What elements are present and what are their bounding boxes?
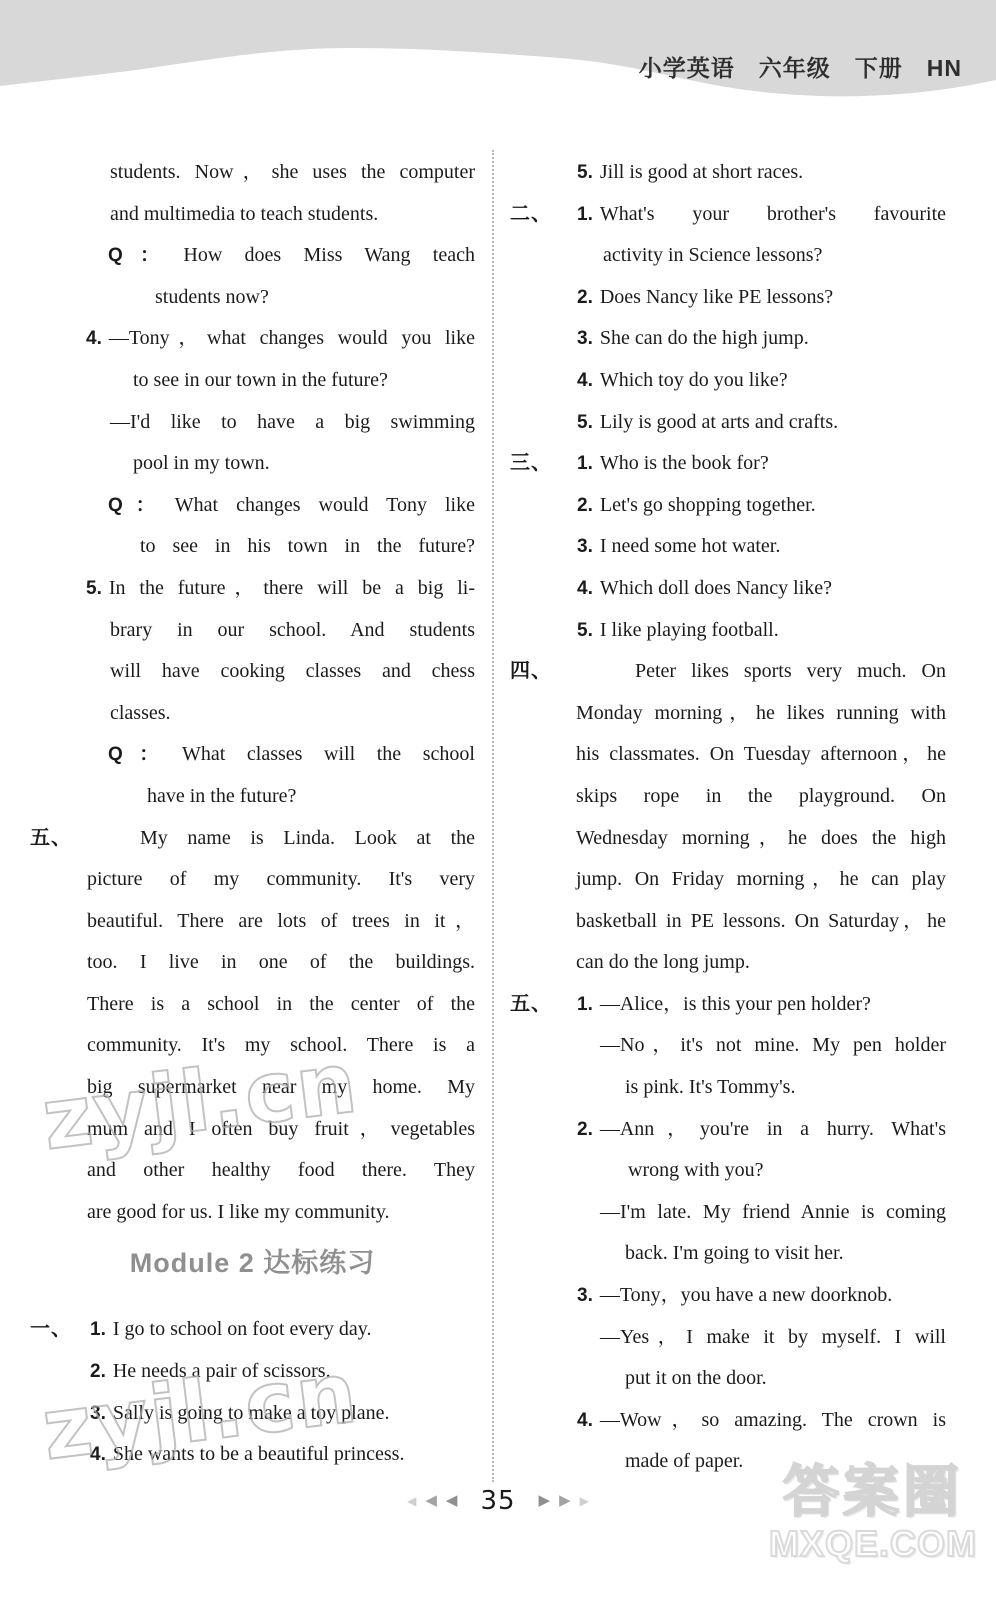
line-text: too. I live in one of the buildings.: [87, 951, 475, 973]
line-text: students now?: [155, 286, 269, 308]
line-text: Sally is going to make a toy plane.: [113, 1402, 390, 1424]
item-number: 3.: [577, 1285, 593, 1306]
text-line: skips rope in the playground. On: [510, 776, 946, 818]
item-number: 4.: [577, 1410, 593, 1431]
text-line: 五、1.—Alice，is this your pen holder?: [510, 984, 946, 1026]
text-line: students now?: [30, 277, 475, 319]
text-line: mum and I often buy fruit，vegetables: [30, 1109, 475, 1151]
item-number: 4.: [577, 370, 593, 391]
section-marker: 三、: [510, 443, 552, 485]
item-number: Q：: [108, 744, 175, 765]
item-number: 3.: [577, 328, 593, 349]
item-number: 2.: [577, 1119, 593, 1140]
line-text: Jill is good at short races.: [600, 161, 803, 183]
line-text: How does Miss Wang teach: [183, 244, 475, 266]
line-text: What classes will the school: [182, 743, 475, 765]
line-text: Monday morning，he likes running with: [576, 702, 946, 724]
item-number: 3.: [577, 536, 593, 557]
text-line: community. It's my school. There is a: [30, 1025, 475, 1067]
line-text: Which doll does Nancy like?: [600, 577, 832, 599]
line-text: activity in Science lessons?: [603, 244, 822, 266]
item-number: 2.: [90, 1361, 106, 1382]
line-text: —I'm late. My friend Annie is coming: [600, 1201, 946, 1223]
prev-page-icon: ◀: [446, 1494, 458, 1509]
text-line: 5.I like playing football.: [510, 610, 946, 652]
text-line: too. I live in one of the buildings.: [30, 942, 475, 984]
line-text: skips rope in the playground. On: [576, 785, 946, 807]
item-number: 1.: [577, 204, 593, 225]
text-line: Q：What classes will the school: [30, 734, 475, 776]
text-line: —I'm late. My friend Annie is coming: [510, 1192, 946, 1234]
next-page-icon: ▶: [580, 1495, 589, 1507]
line-text: —No，it's not mine. My pen holder: [600, 1034, 946, 1056]
text-line: 4.—Tony，what changes would you like: [30, 318, 475, 360]
item-number: 2.: [577, 495, 593, 516]
section-marker: 五、: [510, 984, 552, 1026]
line-text: to see in his town in the future?: [140, 535, 475, 557]
text-line: Wednesday morning，he does the high: [510, 818, 946, 860]
text-line: 3.I need some hot water.: [510, 526, 946, 568]
text-line: will have cooking classes and chess: [30, 651, 475, 693]
line-text: jump. On Friday morning，he can play: [576, 868, 946, 890]
text-line: 4.Which toy do you like?: [510, 360, 946, 402]
item-number: Q：: [108, 245, 176, 266]
right-column: 5.Jill is good at short races.二、1.What's…: [510, 152, 946, 1483]
prev-page-icon: ◀: [425, 1494, 437, 1509]
line-text: I need some hot water.: [600, 535, 781, 557]
text-line: 二、1.What's your brother's favourite: [510, 194, 946, 236]
header-band: 小学英语 六年级 下册 HN: [0, 0, 996, 120]
next-page-icon: ▶: [539, 1494, 551, 1509]
text-line: 4.Which doll does Nancy like?: [510, 568, 946, 610]
line-text: and other healthy food there. They: [87, 1159, 475, 1181]
text-line: big supermarket near my home. My: [30, 1067, 475, 1109]
line-text: back. I'm going to visit her.: [625, 1242, 844, 1264]
text-line: 四、Peter likes sports very much. On: [510, 651, 946, 693]
line-text: Wednesday morning，he does the high: [576, 827, 946, 849]
line-text: Which toy do you like?: [600, 369, 788, 391]
line-text: his classmates. On Tuesday afternoon，he: [576, 743, 946, 765]
line-text: picture of my community. It's very: [87, 868, 475, 890]
line-text: is pink. It's Tommy's.: [625, 1076, 795, 1098]
line-text: —Yes，I make it by myself. I will: [600, 1326, 946, 1348]
section-marker: 一、: [30, 1309, 72, 1351]
text-line: Q：How does Miss Wang teach: [30, 235, 475, 277]
text-line: and multimedia to teach students.: [30, 194, 475, 236]
text-line: 5.Jill is good at short races.: [510, 152, 946, 194]
line-text: to see in our town in the future?: [133, 369, 388, 391]
section-marker: 四、: [510, 651, 552, 693]
line-text: pool in my town.: [133, 452, 270, 474]
text-line: jump. On Friday morning，he can play: [510, 859, 946, 901]
section-marker: 二、: [510, 194, 552, 236]
line-text: —Alice，is this your pen holder?: [600, 993, 871, 1015]
line-text: —Tony，what changes would you like: [109, 327, 475, 349]
text-line: Monday morning，he likes running with: [510, 693, 946, 735]
line-text: I like playing football.: [600, 619, 779, 641]
item-number: 1.: [90, 1319, 106, 1340]
line-text: —Tony，you have a new doorknob.: [600, 1284, 892, 1306]
text-line: 2.He needs a pair of scissors.: [30, 1351, 475, 1393]
item-number: 2.: [577, 287, 593, 308]
text-line: 一、1.I go to school on foot every day.: [30, 1309, 475, 1351]
text-line: and other healthy food there. They: [30, 1150, 475, 1192]
line-text: —Wow，so amazing. The crown is: [600, 1409, 946, 1431]
line-text: —I'd like to have a big swimming: [110, 411, 475, 433]
text-line: his classmates. On Tuesday afternoon，he: [510, 734, 946, 776]
text-line: —No，it's not mine. My pen holder: [510, 1025, 946, 1067]
line-text: In the future，there will be a big li-: [109, 577, 475, 599]
item-number: 3.: [90, 1403, 106, 1424]
module-heading: Module 2 达标练习: [30, 1241, 475, 1285]
text-line: 3.Sally is going to make a toy plane.: [30, 1393, 475, 1435]
text-line: pool in my town.: [30, 443, 475, 485]
text-line: can do the long jump.: [510, 942, 946, 984]
item-number: 4.: [577, 578, 593, 599]
line-text: made of paper.: [625, 1450, 743, 1472]
workbook-page: 小学英语 六年级 下册 HN students. Now，she uses th…: [0, 0, 996, 1600]
text-line: picture of my community. It's very: [30, 859, 475, 901]
line-text: classes.: [110, 702, 171, 724]
item-number: 1.: [577, 453, 593, 474]
line-text: students. Now，she uses the computer: [110, 161, 475, 183]
item-number: Q：: [108, 495, 168, 516]
text-line: 五、My name is Linda. Look at the: [30, 818, 475, 860]
text-line: —Yes，I make it by myself. I will: [510, 1317, 946, 1359]
text-line: is pink. It's Tommy's.: [510, 1067, 946, 1109]
left-column: students. Now，she uses the computerand m…: [30, 152, 475, 1476]
line-text: There is a school in the center of the: [87, 993, 475, 1015]
text-line: classes.: [30, 693, 475, 735]
line-text: He needs a pair of scissors.: [113, 1360, 331, 1382]
text-line: activity in Science lessons?: [510, 235, 946, 277]
item-number: 5.: [86, 578, 102, 599]
item-number: 4.: [86, 328, 102, 349]
text-line: There is a school in the center of the: [30, 984, 475, 1026]
text-line: beautiful. There are lots of trees in it…: [30, 901, 475, 943]
text-line: wrong with you?: [510, 1150, 946, 1192]
line-text: I go to school on foot every day.: [113, 1318, 372, 1340]
line-text: will have cooking classes and chess: [110, 660, 475, 682]
text-line: made of paper.: [510, 1441, 946, 1483]
line-text: Who is the book for?: [600, 452, 769, 474]
page-number: 35: [480, 1486, 515, 1516]
line-text: beautiful. There are lots of trees in it…: [87, 910, 475, 932]
text-line: 3.She can do the high jump.: [510, 318, 946, 360]
text-line: have in the future?: [30, 776, 475, 818]
line-text: My name is Linda. Look at the: [140, 827, 475, 849]
next-page-icon: ▶: [559, 1494, 571, 1509]
line-text: and multimedia to teach students.: [110, 203, 378, 225]
line-text: big supermarket near my home. My: [87, 1076, 475, 1098]
line-text: Let's go shopping together.: [600, 494, 816, 516]
text-line: put it on the door.: [510, 1358, 946, 1400]
line-text: can do the long jump.: [576, 951, 750, 973]
line-text: She wants to be a beautiful princess.: [113, 1443, 405, 1465]
text-line: 4.She wants to be a beautiful princess.: [30, 1434, 475, 1476]
text-line: 三、1.Who is the book for?: [510, 443, 946, 485]
line-text: basketball in PE lessons. On Saturday，he: [576, 910, 946, 932]
text-line: basketball in PE lessons. On Saturday，he: [510, 901, 946, 943]
text-line: back. I'm going to visit her.: [510, 1233, 946, 1275]
text-line: students. Now，she uses the computer: [30, 152, 475, 194]
text-line: to see in our town in the future?: [30, 360, 475, 402]
text-line: —I'd like to have a big swimming: [30, 402, 475, 444]
line-text: —Ann，you're in a hurry. What's: [600, 1118, 946, 1140]
footer: ◀ ◀ ◀ 35 ▶ ▶ ▶: [0, 1486, 996, 1526]
item-number: 4.: [90, 1444, 106, 1465]
section-marker: 五、: [30, 818, 72, 860]
item-number: 5.: [577, 162, 593, 183]
text-line: to see in his town in the future?: [30, 526, 475, 568]
item-number: 5.: [577, 620, 593, 641]
line-text: are good for us. I like my community.: [87, 1201, 390, 1223]
text-line: 2.Does Nancy like PE lessons?: [510, 277, 946, 319]
line-text: She can do the high jump.: [600, 327, 809, 349]
column-divider: [492, 150, 494, 1482]
text-line: 3.—Tony，you have a new doorknob.: [510, 1275, 946, 1317]
text-line: are good for us. I like my community.: [30, 1192, 475, 1234]
text-line: 2.Let's go shopping together.: [510, 485, 946, 527]
line-text: Peter likes sports very much. On: [635, 660, 946, 682]
line-text: have in the future?: [147, 785, 296, 807]
item-number: 1.: [577, 994, 593, 1015]
text-line: 4.—Wow，so amazing. The crown is: [510, 1400, 946, 1442]
item-number: 5.: [577, 412, 593, 433]
line-text: put it on the door.: [625, 1367, 767, 1389]
text-line: 2.—Ann，you're in a hurry. What's: [510, 1109, 946, 1151]
line-text: brary in our school. And students: [110, 619, 475, 641]
line-text: community. It's my school. There is a: [87, 1034, 475, 1056]
line-text: What's your brother's favourite: [600, 203, 946, 225]
text-line: 5.In the future，there will be a big li-: [30, 568, 475, 610]
text-line: brary in our school. And students: [30, 610, 475, 652]
text-line: 5.Lily is good at arts and crafts.: [510, 402, 946, 444]
prev-page-icon: ◀: [407, 1495, 416, 1507]
line-text: wrong with you?: [628, 1159, 764, 1181]
book-title: 小学英语 六年级 下册 HN: [639, 50, 962, 83]
line-text: Does Nancy like PE lessons?: [600, 286, 833, 308]
line-text: Lily is good at arts and crafts.: [600, 411, 838, 433]
text-line: Q：What changes would Tony like: [30, 485, 475, 527]
answer-stamp-site: MXQE.COM: [758, 1522, 988, 1566]
line-text: What changes would Tony like: [175, 494, 475, 516]
line-text: mum and I often buy fruit，vegetables: [87, 1118, 475, 1140]
